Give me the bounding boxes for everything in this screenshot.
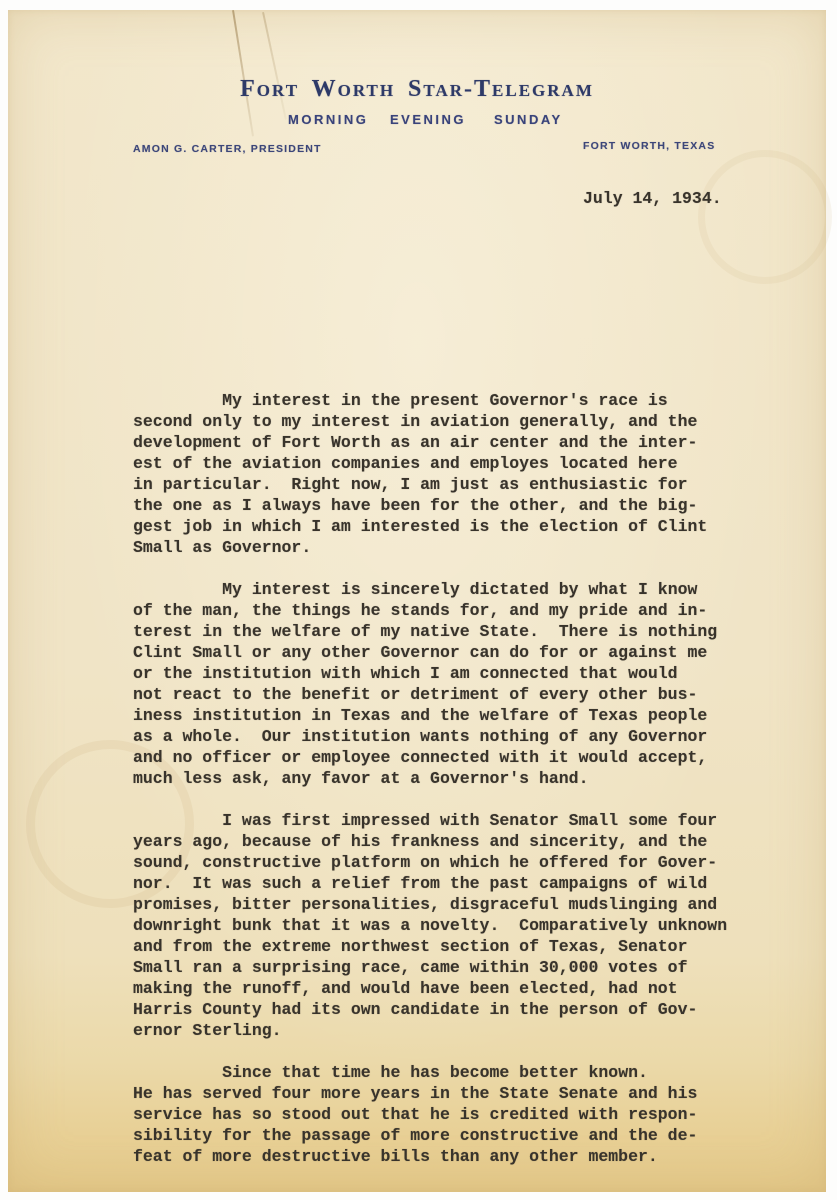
edition-morning-label: MORNING xyxy=(288,112,368,127)
letter-paper: Fort Worth Star-Telegram MORNING EVENING… xyxy=(8,10,826,1192)
edition-sunday-label: SUNDAY xyxy=(494,112,563,127)
letter-paragraph-1: My interest in the present Governor's ra… xyxy=(133,390,748,558)
scanned-letter-page: Fort Worth Star-Telegram MORNING EVENING… xyxy=(0,0,837,1200)
letter-paragraph-3: I was first impressed with Senator Small… xyxy=(133,810,748,1041)
letter-date: July 14, 1934. xyxy=(583,188,722,209)
edition-evening-label: EVENING xyxy=(390,112,466,127)
letter-paragraph-4: Since that time he has become better kno… xyxy=(133,1062,748,1167)
paper-watermark-ring xyxy=(698,150,832,284)
paper-crease-mark-secondary xyxy=(262,12,287,120)
letterhead-location-line: FORT WORTH, TEXAS xyxy=(583,140,715,152)
letterhead-title: Fort Worth Star-Telegram xyxy=(8,76,826,103)
letterhead-president-line: AMON G. CARTER, PRESIDENT xyxy=(133,143,322,155)
letter-body: My interest in the present Governor's ra… xyxy=(133,390,748,1188)
letterhead-editions: MORNING EVENING SUNDAY xyxy=(8,112,826,130)
letter-paragraph-2: My interest is sincerely dictated by wha… xyxy=(133,579,748,789)
